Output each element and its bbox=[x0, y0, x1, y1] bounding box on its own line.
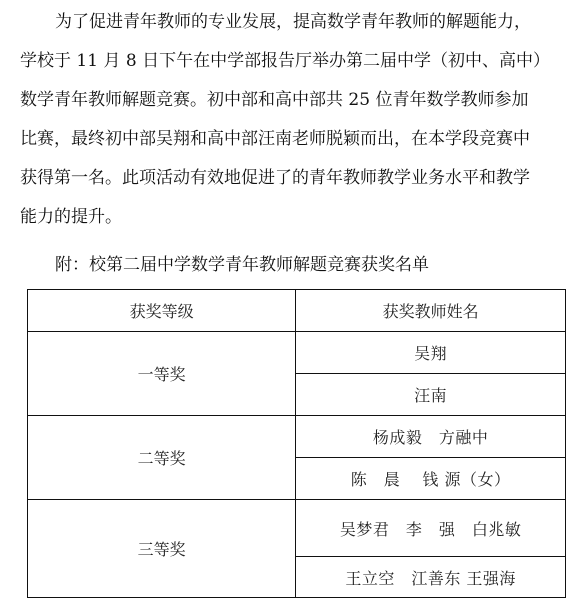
header-teacher-names: 获奖教师姓名 bbox=[296, 290, 566, 332]
awards-table: 获奖等级 获奖教师姓名 一等奖 吴翔 汪南 二等奖 杨成毅 方融中 陈 晨 钱 … bbox=[27, 289, 566, 598]
teacher-names-cell: 陈 晨 钱 源（女） bbox=[296, 458, 566, 500]
teacher-names-cell: 吴翔 bbox=[296, 332, 566, 374]
header-award-level: 获奖等级 bbox=[28, 290, 296, 332]
award-level-cell: 二等奖 bbox=[28, 416, 296, 500]
paragraph-line: 比赛，最终初中部吴翔和高中部汪南老师脱颖而出，在本学段竞赛中 bbox=[20, 120, 568, 159]
body-paragraph: 为了促进青年教师的专业发展，提高数学青年教师的解题能力， 学校于 11 月 8 … bbox=[20, 3, 568, 237]
table-row: 二等奖 杨成毅 方融中 bbox=[28, 416, 566, 458]
paragraph-line: 学校于 11 月 8 日下午在中学部报告厅举办第二届中学（初中、高中） bbox=[20, 42, 568, 81]
award-level-cell: 一等奖 bbox=[28, 332, 296, 416]
award-level-cell: 三等奖 bbox=[28, 500, 296, 598]
table-row: 一等奖 吴翔 bbox=[28, 332, 566, 374]
teacher-names-cell: 杨成毅 方融中 bbox=[296, 416, 566, 458]
paragraph-line: 数学青年教师解题竞赛。初中部和高中部共 25 位青年数学教师参加 bbox=[20, 81, 568, 120]
teacher-names-cell: 汪南 bbox=[296, 374, 566, 416]
paragraph-line: 为了促进青年教师的专业发展，提高数学青年教师的解题能力， bbox=[20, 3, 568, 42]
paragraph-line: 能力的提升。 bbox=[20, 198, 568, 237]
teacher-names-cell: 王立空 江善东 王强海 bbox=[296, 557, 566, 598]
table-header-row: 获奖等级 获奖教师姓名 bbox=[28, 290, 566, 332]
appendix-title: 附：校第二届中学数学青年教师解题竞赛获奖名单 bbox=[55, 253, 429, 277]
table-row: 三等奖 吴梦君 李 强 白兆敏 bbox=[28, 500, 566, 557]
teacher-names-cell: 吴梦君 李 强 白兆敏 bbox=[296, 500, 566, 557]
paragraph-line: 获得第一名。此项活动有效地促进了的青年教师教学业务水平和教学 bbox=[20, 159, 568, 198]
